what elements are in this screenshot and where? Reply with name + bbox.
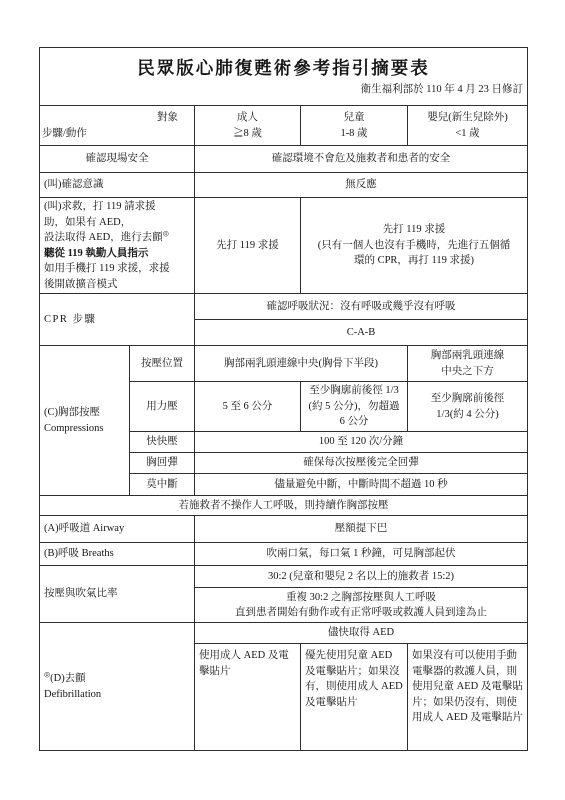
position-adult-child: 胸部兩乳頭連線中央(胸骨下半段) bbox=[195, 346, 408, 382]
col-header-infant: 嬰兒(新生兒除外) <1 歲 bbox=[408, 106, 528, 146]
document-page: 民眾版心肺復甦術參考指引摘要表 衛生福利部於 110 年 4 月 23 日修訂 … bbox=[0, 0, 565, 800]
ratio-value2: 重複 30:2 之胸部按壓與人工呼吸 直到患者開始有動作或有正常呼吸或救護人員到… bbox=[195, 588, 528, 623]
position-infant: 胸部兩乳頭連線 中央之下方 bbox=[408, 346, 528, 382]
compressions-label: (C)胸部按壓 Compressions bbox=[40, 346, 130, 496]
depth-child: 至少胸廓前後徑 1/3 (約 5 公分)，勿超過 6 公分 bbox=[301, 382, 408, 432]
interruption-value: 儘量避免中斷，中斷時間不超過 10 秒 bbox=[195, 474, 528, 496]
call-adult-value: 先打 119 求援 bbox=[195, 198, 301, 294]
consciousness-label: (叫)確認意識 bbox=[40, 173, 195, 198]
scene-safety-value: 確認環境不會危及施救者和患者的安全 bbox=[195, 146, 528, 173]
position-label: 按壓位置 bbox=[130, 346, 195, 382]
title-block: 民眾版心肺復甦術參考指引摘要表 衛生福利部於 110 年 4 月 23 日修訂 bbox=[40, 48, 528, 106]
call-for-help-label: (叫)求救，打 119 請求援 助，如果有 AED， 設法取得 AED，進行去顫… bbox=[40, 198, 195, 294]
depth-label: 用力壓 bbox=[130, 382, 195, 432]
cab-sequence: C-A-B bbox=[195, 320, 528, 346]
page-title: 民眾版心肺復甦術參考指引摘要表 bbox=[42, 52, 525, 81]
breaths-value: 吹兩口氣，每口氣 1 秒鐘，可見胸部起伏 bbox=[195, 543, 528, 566]
col-header-adult: 成人 ≧8 歲 bbox=[195, 106, 301, 146]
recoil-label: 胸回彈 bbox=[130, 453, 195, 474]
scene-safety-label: 確認現場安全 bbox=[40, 146, 195, 173]
check-breathing-value: 確認呼吸狀況：沒有呼吸或幾乎沒有呼吸 bbox=[195, 294, 528, 320]
interruption-label: 莫中斷 bbox=[130, 474, 195, 496]
cpr-summary-table: 民眾版心肺復甦術參考指引摘要表 衛生福利部於 110 年 4 月 23 日修訂 … bbox=[39, 47, 528, 751]
consciousness-value: 無反應 bbox=[195, 173, 528, 198]
no-breaths-note: 若施救者不操作人工呼吸，則持續作胸部按壓 bbox=[40, 496, 528, 516]
header-target-label: 對象 bbox=[157, 110, 192, 126]
breaths-label: (B)呼吸 Breaths bbox=[40, 543, 195, 566]
depth-infant: 至少胸廓前後徑 1/3(約 4 公分) bbox=[408, 382, 528, 432]
revision-note: 衛生福利部於 110 年 4 月 23 日修訂 bbox=[42, 81, 525, 99]
rate-label: 快快壓 bbox=[130, 432, 195, 453]
aed-infant: 如果沒有可以使用手動電擊器的救護人員，則使用兒童 AED 及電擊貼片；如果仍沒有… bbox=[408, 644, 528, 751]
aed-child: 優先使用兒童 AED 及電擊貼片；如果沒有，則使用成人 AED 及電擊貼片 bbox=[301, 644, 408, 751]
depth-adult: 5 至 6 公分 bbox=[195, 382, 301, 432]
rate-value: 100 至 120 次/分鐘 bbox=[195, 432, 528, 453]
header-step-label: 步驟/動作 bbox=[42, 126, 87, 142]
call-child-infant-value: 先打 119 求援 (只有一個人也沒有手機時，先進行五個循 環的 CPR，再打 … bbox=[301, 198, 528, 294]
recoil-value: 確保每次按壓後完全回彈 bbox=[195, 453, 528, 474]
ratio-label: 按壓與吹氣比率 bbox=[40, 566, 195, 623]
get-aed-value: 儘快取得 AED bbox=[195, 623, 528, 644]
ratio-value1: 30:2 (兒童和嬰兒 2 名以上的施救者 15:2) bbox=[195, 566, 528, 588]
note-mark: ◎ bbox=[163, 230, 169, 238]
airway-value: 壓額提下巴 bbox=[195, 516, 528, 543]
aed-adult: 使用成人 AED 及電擊貼片 bbox=[195, 644, 301, 751]
defibrillation-label: ◎(D)去顫 Defibrillation bbox=[40, 623, 195, 751]
cpr-steps-label: CPR 步驟 bbox=[40, 294, 195, 346]
airway-label: (A)呼吸道 Airway bbox=[40, 516, 195, 543]
header-corner-cell: 對象 步驟/動作 bbox=[40, 106, 195, 146]
col-header-child: 兒童 1-8 歲 bbox=[301, 106, 408, 146]
